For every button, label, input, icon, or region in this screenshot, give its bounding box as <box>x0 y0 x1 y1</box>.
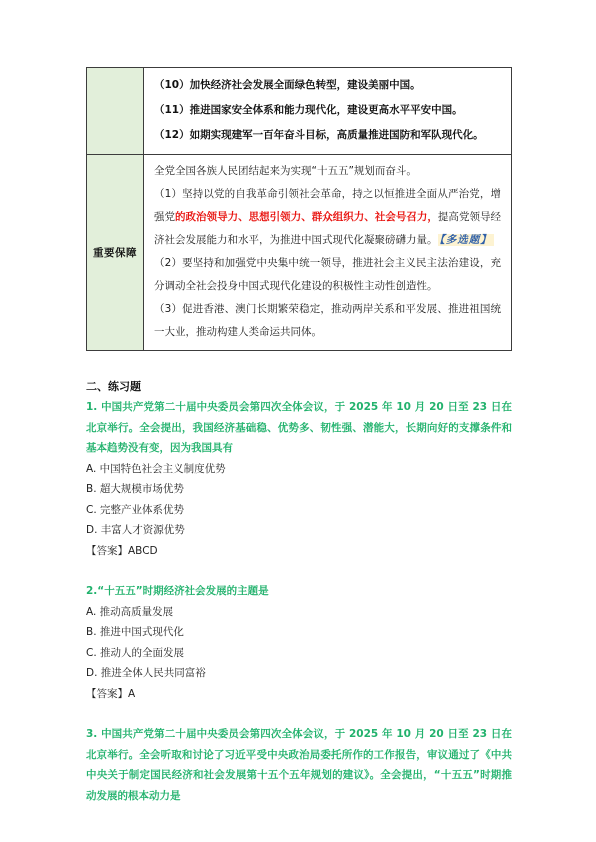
row-content-cell: 全党全国各族人民团结起来为实现“十五五”规划而奋斗。（1）坚持以党的自我革命引领… <box>144 155 512 351</box>
question-stem: 3. 中国共产党第二十届中央委员会第四次全体会议，于 2025 年 10 月 2… <box>86 724 512 806</box>
question-stem: 2.“十五五”时期经济社会发展的主题是 <box>86 581 512 602</box>
study-table-body: （10）加快经济社会发展全面绿色转型，建设美丽中国。（11）推进国家安全体系和能… <box>87 68 512 351</box>
question-option: C. 完整产业体系优势 <box>86 500 512 521</box>
text-run: 全党全国各族人民团结起来为实现“十五五”规划而奋斗。 <box>154 165 417 177</box>
question-list: 1. 中国共产党第二十届中央委员会第四次全体会议，于 2025 年 10 月 2… <box>86 397 512 806</box>
emphasis-red-text: 的政治领导力、思想引领力、群众组织力、社会号召力， <box>175 211 438 223</box>
row-label-cell: 重要保障 <box>87 155 144 351</box>
question-block-2: 2.“十五五”时期经济社会发展的主题是A. 推动高质量发展B. 推进中国式现代化… <box>86 581 512 704</box>
document-page: （10）加快经济社会发展全面绿色转型，建设美丽中国。（11）推进国家安全体系和能… <box>0 0 596 842</box>
question-option: B. 超大规模市场优势 <box>86 479 512 500</box>
question-option: D. 推进全体人民共同富裕 <box>86 663 512 684</box>
plan-items-row: （10）加快经济社会发展全面绿色转型，建设美丽中国。（11）推进国家安全体系和能… <box>87 68 512 155</box>
question-option: C. 推动人的全面发展 <box>86 643 512 664</box>
text-run: （12）如期实现建军一百年奋斗目标，高质量推进国防和军队现代化。 <box>154 129 484 141</box>
row-content-cell: （10）加快经济社会发展全面绿色转型，建设美丽中国。（11）推进国家安全体系和能… <box>144 68 512 155</box>
table-paragraph: （10）加快经济社会发展全面绿色转型，建设美丽中国。 <box>154 73 501 98</box>
table-paragraph: （1）坚持以党的自我革命引领社会革命，持之以恒推进全面从严治党，增强党的政治领导… <box>154 183 501 252</box>
study-notes-table: （10）加快经济社会发展全面绿色转型，建设美丽中国。（11）推进国家安全体系和能… <box>86 67 512 351</box>
row-label-cell <box>87 68 144 155</box>
question-option: A. 中国特色社会主义制度优势 <box>86 459 512 480</box>
question-option: D. 丰富人才资源优势 <box>86 520 512 541</box>
table-paragraph: （2）要坚持和加强党中央集中统一领导，推进社会主义民主法治建设，充分调动全社会投… <box>154 252 501 298</box>
table-paragraph: （12）如期实现建军一百年奋斗目标，高质量推进国防和军队现代化。 <box>154 123 501 148</box>
text-run: （11）推进国家安全体系和能力现代化，建设更高水平平安中国。 <box>154 104 463 116</box>
important-guarantee-row: 重要保障全党全国各族人民团结起来为实现“十五五”规划而奋斗。（1）坚持以党的自我… <box>87 155 512 351</box>
text-run: （3）促进香港、澳门长期繁荣稳定，推动两岸关系和平发展、推进祖国统一大业，推动构… <box>154 303 501 338</box>
question-answer: 【答案】A <box>86 684 512 705</box>
multi-choice-tag: 【多选题】 <box>438 234 494 246</box>
text-run: （2）要坚持和加强党中央集中统一领导，推进社会主义民主法治建设，充分调动全社会投… <box>154 257 501 292</box>
practice-section: 二、练习题 1. 中国共产党第二十届中央委员会第四次全体会议，于 2025 年 … <box>86 377 512 806</box>
question-stem: 1. 中国共产党第二十届中央委员会第四次全体会议，于 2025 年 10 月 2… <box>86 397 512 459</box>
text-run: （10）加快经济社会发展全面绿色转型，建设美丽中国。 <box>154 79 421 91</box>
question-block-3: 3. 中国共产党第二十届中央委员会第四次全体会议，于 2025 年 10 月 2… <box>86 724 512 806</box>
table-paragraph: （3）促进香港、澳门长期繁荣稳定，推动两岸关系和平发展、推进祖国统一大业，推动构… <box>154 298 501 344</box>
question-option: A. 推动高质量发展 <box>86 602 512 623</box>
question-option: B. 推进中国式现代化 <box>86 622 512 643</box>
table-paragraph: （11）推进国家安全体系和能力现代化，建设更高水平平安中国。 <box>154 98 501 123</box>
table-paragraph: 全党全国各族人民团结起来为实现“十五五”规划而奋斗。 <box>154 160 501 183</box>
practice-section-heading: 二、练习题 <box>86 377 512 397</box>
question-block-1: 1. 中国共产党第二十届中央委员会第四次全体会议，于 2025 年 10 月 2… <box>86 397 512 561</box>
page-content: （10）加快经济社会发展全面绿色转型，建设美丽中国。（11）推进国家安全体系和能… <box>86 67 512 806</box>
question-answer: 【答案】ABCD <box>86 541 512 562</box>
